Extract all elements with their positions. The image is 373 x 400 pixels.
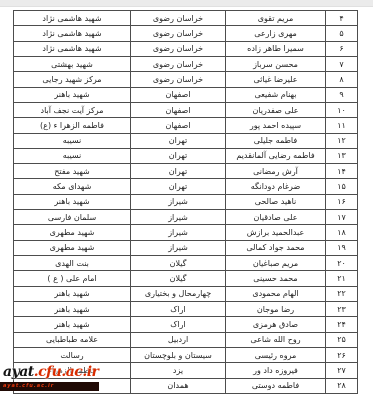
table-row: ۱۹محمد جواد کمالیشیرازشهید مطهری [14, 240, 358, 255]
name-cell: روح الله شاعی [226, 332, 326, 347]
row-number-cell: ۴ [326, 11, 358, 26]
watermark: ayat.cfu.ac.ir ayat.cfu.ac.ir [0, 363, 102, 391]
name-cell: محمد جواد کمالی [226, 240, 326, 255]
row-number-cell: ۱۲ [326, 133, 358, 148]
table-row: ۴مریم تقویخراسان رضویشهید هاشمی نژاد [14, 11, 358, 26]
province-cell: چهارمحال و بختیاری [131, 286, 226, 301]
name-cell: بهنام شفیعی [226, 87, 326, 102]
row-number-cell: ۲۳ [326, 301, 358, 316]
name-cell: فیروزه داد ور [226, 363, 326, 378]
table-row: ۵مهری زارعیخراسان رضویشهید هاشمی نژاد [14, 26, 358, 41]
name-cell: علی صفدریان [226, 102, 326, 117]
row-number-cell: ۲۰ [326, 256, 358, 271]
province-cell: تهران [131, 133, 226, 148]
table-row: ۱۱سپیده احمد پوراصفهانفاطمه الزهرا ء (ع) [14, 118, 358, 133]
school-cell: مرکز آیت نجف آباد [14, 102, 131, 117]
screenshot-root: ۴مریم تقویخراسان رضویشهید هاشمی نژاد۵مهر… [0, 0, 373, 400]
name-cell: الهام محمودی [226, 286, 326, 301]
province-cell: گیلان [131, 271, 226, 286]
name-cell: ناهید صالحی [226, 194, 326, 209]
province-cell: تهران [131, 148, 226, 163]
name-cell: سپیده احمد پور [226, 118, 326, 133]
school-cell: علامه طباطبایی [14, 332, 131, 347]
row-number-cell: ۶ [326, 41, 358, 56]
row-number-cell: ۲۶ [326, 347, 358, 362]
table-row: ۱۳فاطمه رضایی آلمانقدیمتهراننسیبه [14, 148, 358, 163]
name-cell: محسن سرباز [226, 56, 326, 71]
province-cell: شیراز [131, 194, 226, 209]
school-cell: شهید باهنر [14, 317, 131, 332]
table-row: ۲۱محمد حسینیگیلانامام علی ( ع ) [14, 271, 358, 286]
province-cell: اردبیل [131, 332, 226, 347]
school-cell: شهید باهنر [14, 301, 131, 316]
top-strip [0, 0, 373, 7]
province-cell: اصفهان [131, 87, 226, 102]
name-cell: مروه رئیسی [226, 347, 326, 362]
province-cell: شیراز [131, 210, 226, 225]
name-cell: فاطمه دوستی [226, 378, 326, 394]
school-cell: شهید هاشمی نژاد [14, 41, 131, 56]
name-cell: مریم تقوی [226, 11, 326, 26]
school-cell: شهید باهنر [14, 194, 131, 209]
school-cell: فاطمه الزهرا ء (ع) [14, 118, 131, 133]
province-cell: تهران [131, 179, 226, 194]
province-cell: خراسان رضوی [131, 26, 226, 41]
table-row: ۲۶مروه رئیسیسیستان و بلوچستانرسالت [14, 347, 358, 362]
row-number-cell: ۲۵ [326, 332, 358, 347]
row-number-cell: ۲۱ [326, 271, 358, 286]
table-row: ۲۳رضا موجاناراکشهید باهنر [14, 301, 358, 316]
province-cell: یزد [131, 363, 226, 378]
school-cell: رسالت [14, 347, 131, 362]
table-row: ۲۰مریم صباغیانگیلانبنت الهدی [14, 256, 358, 271]
name-cell: مهری زارعی [226, 26, 326, 41]
row-number-cell: ۱۳ [326, 148, 358, 163]
school-cell: شهید باهنر [14, 87, 131, 102]
table-row: ۲۴صادق هرمزیاراکشهید باهنر [14, 317, 358, 332]
name-cell: رضا موجان [226, 301, 326, 316]
school-cell: مرکز شهید رجایی [14, 72, 131, 87]
row-number-cell: ۱۶ [326, 194, 358, 209]
watermark-banner: ayat.cfu.ac.ir [0, 382, 99, 391]
table-row: ۱۷علی صادقیانشیرازسلمان فارسی [14, 210, 358, 225]
table-row: ۶سمیرا طاهر زادهخراسان رضویشهید هاشمی نژ… [14, 41, 358, 56]
school-cell: شهید باهنر [14, 286, 131, 301]
row-number-cell: ۱۹ [326, 240, 358, 255]
school-cell: سلمان فارسی [14, 210, 131, 225]
name-cell: صادق هرمزی [226, 317, 326, 332]
school-cell: امام علی ( ع ) [14, 271, 131, 286]
school-cell: شهید مطهری [14, 225, 131, 240]
table-row: ۷محسن سربازخراسان رضویشهید بهشتی [14, 56, 358, 71]
name-cell: محمد حسینی [226, 271, 326, 286]
school-cell: شهید مطهری [14, 240, 131, 255]
row-number-cell: ۹ [326, 87, 358, 102]
name-cell: مریم صباغیان [226, 256, 326, 271]
row-number-cell: ۲۲ [326, 286, 358, 301]
row-number-cell: ۱۱ [326, 118, 358, 133]
watermark-suffix: .cfu.ac.ir [34, 364, 99, 380]
school-cell: شهید مفتح [14, 164, 131, 179]
school-cell: نسیبه [14, 133, 131, 148]
table-row: ۸علیرضا غیاثیخراسان رضویمرکز شهید رجایی [14, 72, 358, 87]
row-number-cell: ۱۵ [326, 179, 358, 194]
table-row: ۲۵روح الله شاعیاردبیلعلامه طباطبایی [14, 332, 358, 347]
row-number-cell: ۲۸ [326, 378, 358, 394]
name-cell: فاطمه جلیلی [226, 133, 326, 148]
row-number-cell: ۱۸ [326, 225, 358, 240]
table-row: ۹بهنام شفیعیاصفهانشهید باهنر [14, 87, 358, 102]
name-cell: عبدالحمید برازش [226, 225, 326, 240]
school-cell: بنت الهدی [14, 256, 131, 271]
row-number-cell: ۲۷ [326, 363, 358, 378]
roster-table-body: ۴مریم تقویخراسان رضویشهید هاشمی نژاد۵مهر… [14, 11, 358, 394]
table-row: ۱۴آرش رمضانیتهرانشهید مفتح [14, 164, 358, 179]
row-number-cell: ۲۴ [326, 317, 358, 332]
table-row: ۱۲فاطمه جلیلیتهراننسیبه [14, 133, 358, 148]
school-cell: نسیبه [14, 148, 131, 163]
name-cell: سمیرا طاهر زاده [226, 41, 326, 56]
province-cell: تهران [131, 164, 226, 179]
row-number-cell: ۷ [326, 56, 358, 71]
roster-table: ۴مریم تقویخراسان رضویشهید هاشمی نژاد۵مهر… [13, 10, 358, 394]
name-cell: ضرغام دودانگه [226, 179, 326, 194]
province-cell: اراک [131, 317, 226, 332]
name-cell: علیرضا غیاثی [226, 72, 326, 87]
row-number-cell: ۱۷ [326, 210, 358, 225]
school-cell: شهید هاشمی نژاد [14, 26, 131, 41]
watermark-text: ayat.cfu.ac.ir [0, 363, 102, 381]
table-row: ۱۸عبدالحمید برازششیرازشهید مطهری [14, 225, 358, 240]
school-cell: شهدای مکه [14, 179, 131, 194]
school-cell: شهید بهشتی [14, 56, 131, 71]
province-cell: همدان [131, 378, 226, 394]
province-cell: خراسان رضوی [131, 72, 226, 87]
row-number-cell: ۵ [326, 26, 358, 41]
province-cell: شیراز [131, 225, 226, 240]
province-cell: اصفهان [131, 118, 226, 133]
watermark-prefix: ayat [3, 364, 34, 380]
name-cell: فاطمه رضایی آلمانقدیم [226, 148, 326, 163]
province-cell: شیراز [131, 240, 226, 255]
province-cell: سیستان و بلوچستان [131, 347, 226, 362]
province-cell: خراسان رضوی [131, 41, 226, 56]
row-number-cell: ۱۴ [326, 164, 358, 179]
table-row: ۱۰علی صفدریاناصفهانمرکز آیت نجف آباد [14, 102, 358, 117]
province-cell: خراسان رضوی [131, 56, 226, 71]
province-cell: اصفهان [131, 102, 226, 117]
name-cell: علی صادقیان [226, 210, 326, 225]
row-number-cell: ۱۰ [326, 102, 358, 117]
province-cell: گیلان [131, 256, 226, 271]
table-row: ۱۵ضرغام دودانگهتهرانشهدای مکه [14, 179, 358, 194]
province-cell: اراک [131, 301, 226, 316]
table-row: ۱۶ناهید صالحیشیرازشهید باهنر [14, 194, 358, 209]
province-cell: خراسان رضوی [131, 11, 226, 26]
name-cell: آرش رمضانی [226, 164, 326, 179]
school-cell: شهید هاشمی نژاد [14, 11, 131, 26]
row-number-cell: ۸ [326, 72, 358, 87]
table-row: ۲۲الهام محمودیچهارمحال و بختیاریشهید باه… [14, 286, 358, 301]
